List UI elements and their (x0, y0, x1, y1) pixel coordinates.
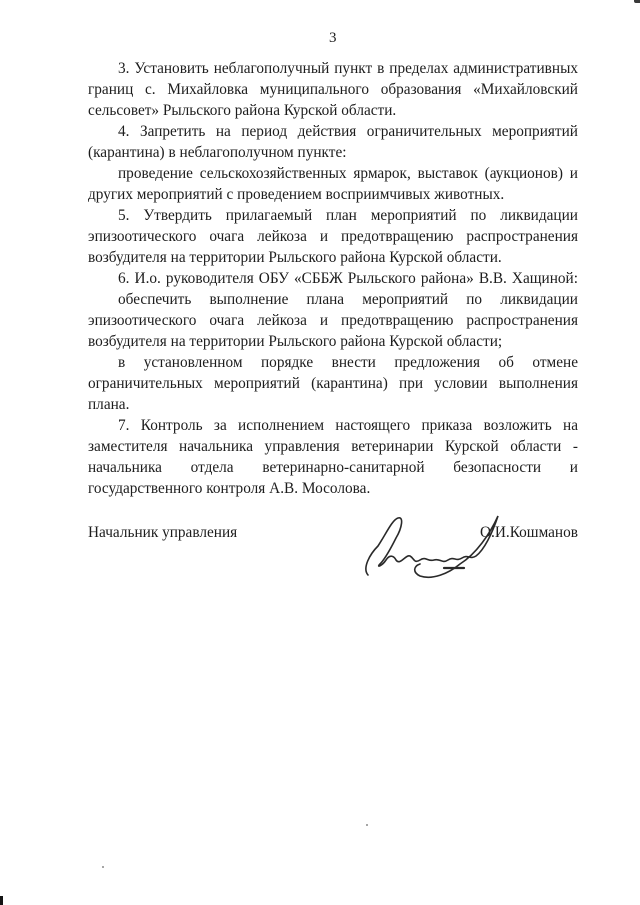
text-line: возбудителя на территории Рыльского райо… (88, 247, 578, 268)
text-line: плана. (88, 394, 578, 415)
text-line: государственного контроля А.В. Мосолова. (88, 478, 578, 499)
text-line: 5. Утвердить прилагаемый план мероприяти… (88, 205, 578, 226)
scan-artifact-top-right (634, 0, 640, 3)
text-line: начальника отдела ветеринарно-санитарной… (88, 457, 578, 478)
text-line: 4. Запретить на период действия ограничи… (88, 121, 578, 142)
text-line: в установленном порядке внести предложен… (88, 352, 578, 373)
text-line: эпизоотического очага лейкоза и предотвр… (88, 226, 578, 247)
text-line: заместителя начальника управления ветери… (88, 436, 578, 457)
text-line: возбудителя на территории Рыльского райо… (88, 331, 578, 352)
page-number: 3 (88, 30, 578, 47)
text-line: границ с. Михайловка муниципального обра… (88, 79, 578, 100)
scan-artifact-bottom-left (0, 896, 3, 905)
text-line: обеспечить выполнение плана мероприятий … (88, 289, 578, 310)
text-line: сельсовет» Рыльского района Курской обла… (88, 100, 578, 121)
signatory-title: Начальник управления (88, 524, 237, 542)
text-line: проведение сельскохозяйственных ярмарок,… (88, 163, 578, 184)
text-line: (карантина) в неблагополучном пункте: (88, 142, 578, 163)
text-line: 3. Установить неблагополучный пункт в пр… (88, 58, 578, 79)
text-line: 7. Контроль за исполнением настоящего пр… (88, 415, 578, 436)
text-line: ограничительных мероприятий (карантина) … (88, 373, 578, 394)
text-line: эпизоотического очага лейкоза и предотвр… (88, 310, 578, 331)
document-body: 3. Установить неблагополучный пункт в пр… (88, 58, 578, 499)
scan-speck (102, 866, 104, 868)
handwritten-signature-icon (356, 498, 506, 583)
text-line: других мероприятий с проведением восприи… (88, 184, 578, 205)
scan-speck (366, 824, 368, 826)
document-page: 3 3. Установить неблагополучный пункт в … (0, 0, 640, 905)
text-line: 6. И.о. руководителя ОБУ «СББЖ Рыльского… (88, 268, 578, 289)
